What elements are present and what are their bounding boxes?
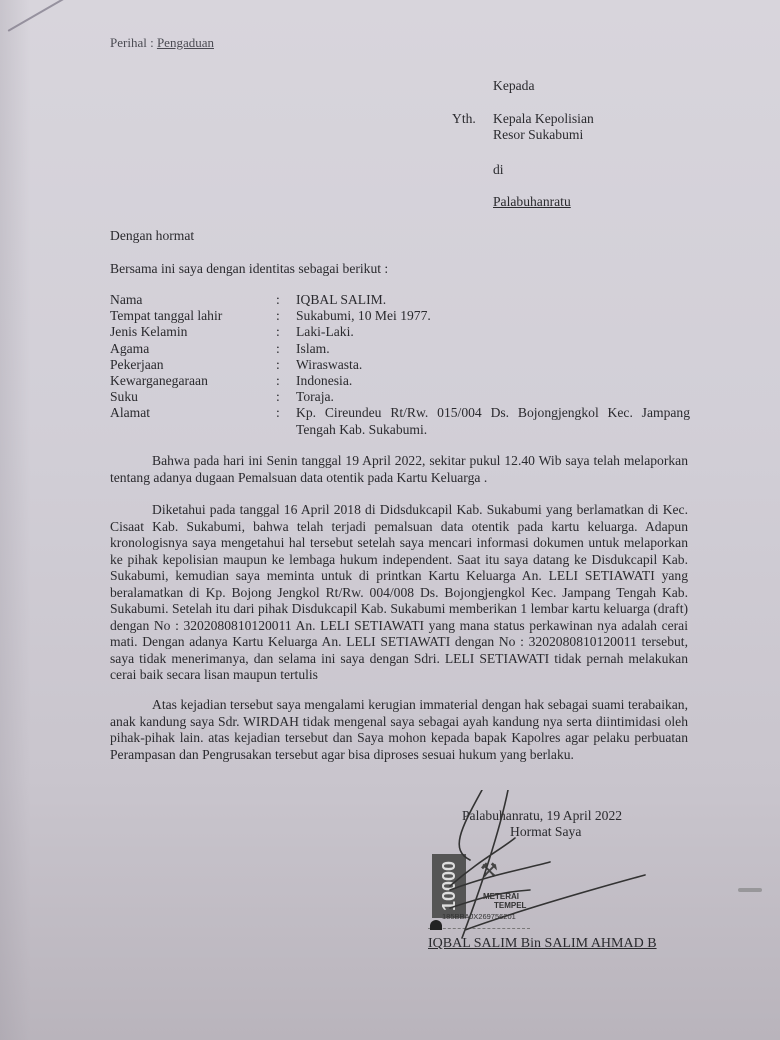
identity-value: Wiraswasta. xyxy=(296,357,690,373)
identity-row: Alamat:Kp. Cireundeu Rt/Rw. 015/004 Ds. … xyxy=(110,405,690,437)
identity-value: Islam. xyxy=(296,341,690,357)
revenue-stamp: 10000 ⚒ METERAI TEMPEL 185BBAJX269756201 xyxy=(428,852,530,929)
identity-row: Nama:IQBAL SALIM. xyxy=(110,292,690,308)
place-date: Palabuhanratu, 19 April 2022 xyxy=(462,808,622,824)
identity-colon: : xyxy=(276,292,296,308)
paragraph-chronology: Diketahui pada tanggal 16 April 2018 di … xyxy=(110,502,688,684)
identity-value: Laki-Laki. xyxy=(296,324,690,340)
identity-colon: : xyxy=(276,389,296,405)
recipient-kepada: Kepada xyxy=(493,78,535,94)
identity-row: Kewarganegaraan:Indonesia. xyxy=(110,373,690,389)
identity-colon: : xyxy=(276,405,296,437)
signer-name: IQBAL SALIM Bin SALIM AHMAD B xyxy=(428,936,657,952)
identity-label: Alamat xyxy=(110,405,276,437)
identity-row: Pekerjaan:Wiraswasta. xyxy=(110,357,690,373)
identity-value: Toraja. xyxy=(296,389,690,405)
identity-colon: : xyxy=(276,357,296,373)
subject-value: Pengaduan xyxy=(157,35,214,50)
identity-row: Jenis Kelamin:Laki-Laki. xyxy=(110,324,690,340)
identity-label: Kewarganegaraan xyxy=(110,373,276,389)
page-shadow xyxy=(0,0,30,1040)
identity-label: Agama xyxy=(110,341,276,357)
identity-table: Nama:IQBAL SALIM.Tempat tanggal lahir:Su… xyxy=(110,292,690,438)
identity-label: Suku xyxy=(110,389,276,405)
recipient-city: Palabuhanratu xyxy=(493,194,571,210)
identity-row: Tempat tanggal lahir:Sukabumi, 10 Mei 19… xyxy=(110,308,690,324)
intro-text: Bersama ini saya dengan identitas sebaga… xyxy=(110,261,388,277)
identity-row: Agama:Islam. xyxy=(110,341,690,357)
stamp-label-2: TEMPEL xyxy=(494,901,526,910)
identity-row: Suku:Toraja. xyxy=(110,389,690,405)
identity-label: Nama xyxy=(110,292,276,308)
identity-value: Indonesia. xyxy=(296,373,690,389)
greeting: Dengan hormat xyxy=(110,228,194,244)
closing-salutation: Hormat Saya xyxy=(510,824,581,840)
identity-colon: : xyxy=(276,341,296,357)
recipient-line1: Kepala Kepolisian xyxy=(493,111,594,127)
garuda-emblem-icon: ⚒ xyxy=(476,858,502,884)
identity-colon: : xyxy=(276,308,296,324)
identity-value: Kp. Cireundeu Rt/Rw. 015/004 Ds. Bojongj… xyxy=(296,405,690,437)
stamp-label-1: METERAI xyxy=(483,892,519,901)
recipient-yth: Yth. xyxy=(452,111,476,127)
identity-label: Jenis Kelamin xyxy=(110,324,276,340)
stamp-seal-dot xyxy=(430,920,442,930)
subject-label: Perihal : xyxy=(110,35,154,50)
identity-colon: : xyxy=(276,324,296,340)
stamp-denomination: 10000 xyxy=(432,854,466,918)
paragraph-request: Atas kejadian tersebut saya mengalami ke… xyxy=(110,697,688,763)
identity-label: Tempat tanggal lahir xyxy=(110,308,276,324)
page-smudge xyxy=(738,888,762,892)
identity-colon: : xyxy=(276,373,296,389)
stamp-serial: 185BBAJX269756201 xyxy=(442,912,516,921)
subject-line: Perihal : Pengaduan xyxy=(110,35,214,51)
identity-value: Sukabumi, 10 Mei 1977. xyxy=(296,308,690,324)
recipient-line2: Resor Sukabumi xyxy=(493,127,583,143)
recipient-di: di xyxy=(493,162,504,178)
identity-label: Pekerjaan xyxy=(110,357,276,373)
paragraph-report: Bahwa pada hari ini Senin tanggal 19 Apr… xyxy=(110,453,688,486)
identity-value: IQBAL SALIM. xyxy=(296,292,690,308)
